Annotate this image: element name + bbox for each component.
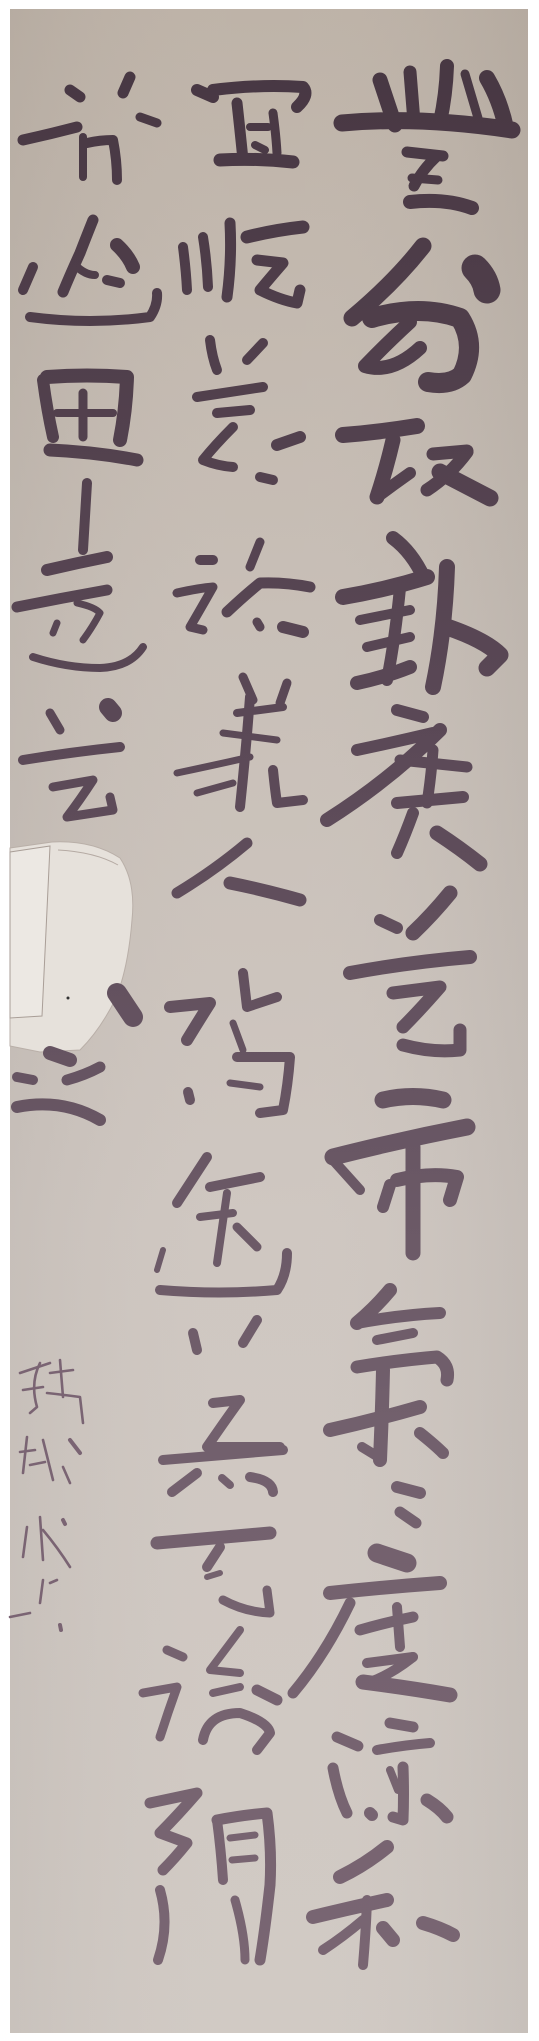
- calligraphy-character: 和: [310, 1840, 460, 1970]
- calligraphy-character: 度: [290, 1545, 455, 1700]
- calligraphy-character: 豐: [340, 62, 510, 212]
- calligraphy-character: 宜: [190, 82, 310, 167]
- calligraphy-character: 其: [190, 335, 305, 485]
- calligraphy-character: 田: [38, 370, 143, 465]
- calligraphy-character: 氣: [325, 1285, 450, 1465]
- calligraphy-character: 詩: [140, 1625, 285, 1755]
- calligraphy-character: 元: [152, 1525, 277, 1620]
- signature-character: 氏: [18, 1505, 78, 1570]
- calligraphy-character: 虞: [325, 705, 485, 865]
- signature-character: 鐵: [18, 1430, 88, 1490]
- calligraphy-character: 之: [12, 985, 142, 1125]
- calligraphy-character: 陶: [165, 968, 295, 1118]
- calligraphy-character: 分: [350, 240, 490, 390]
- calligraphy-character: 甄: [152, 1150, 292, 1300]
- calligraphy-character: 首: [18, 70, 163, 185]
- calligraphy-character: 兼: [172, 672, 307, 812]
- calligraphy-text-layer: 豐 分 攻 卦 虞 之 帝 氣 〻 度 涼 和 宜 順 其 論 兼 人 陶 甄 …: [0, 0, 539, 2041]
- calligraphy-character: 涼: [325, 1715, 455, 1825]
- calligraphy-character: 攻: [340, 425, 495, 505]
- repeat-mark: 〻: [390, 1480, 425, 1530]
- calligraphy-character: 順: [178, 220, 308, 310]
- calligraphy-character: 人: [172, 838, 307, 908]
- calligraphy-character: 之: [18, 700, 128, 825]
- calligraphy-character: 之: [345, 890, 475, 1055]
- calligraphy-character: 必: [18, 215, 163, 330]
- calligraphy-character: 帝: [330, 1090, 470, 1255]
- signature-character: 下: [8, 1575, 68, 1635]
- calligraphy-character: 卦: [340, 535, 505, 690]
- signature-character: 孫: [18, 1355, 88, 1425]
- calligraphy-character: 遠: [12, 480, 152, 675]
- calligraphy-character: 論: [170, 500, 315, 640]
- calligraphy-character: 為: [160, 1315, 290, 1500]
- calligraphy-character: 綢: [145, 1785, 275, 1965]
- photo-frame: 豐 分 攻 卦 虞 之 帝 氣 〻 度 涼 和 宜 順 其 論 兼 人 陶 甄 …: [0, 0, 539, 2041]
